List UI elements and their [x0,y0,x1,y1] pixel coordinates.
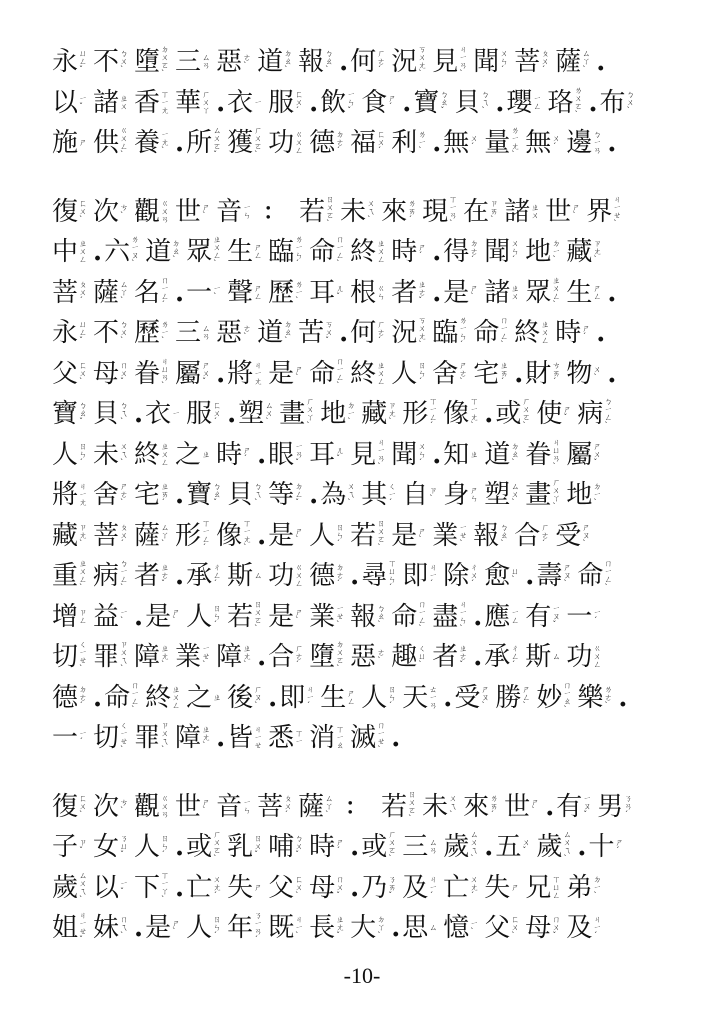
annotated-character: 華ㄏㄨㄚ [175,88,213,118]
annotated-character: 世ㄕˋ [545,197,583,227]
text-line: 藏ㄗㄤˋ菩ㄆㄨˊ薩ㄙㄚˋ形ㄒㄧㄥˊ像ㄒㄧㄤˋ.是ㄕˋ人ㄖㄣˊ若ㄖㄨㄛˋ是ㄕˋ業ㄧ… [52,516,692,557]
zhuyin-annotation: ㄐㄩㄢˋ [552,439,563,471]
annotated-character: 憶ㄧˋ [443,913,481,943]
text-line: 菩ㄆㄨˊ薩ㄙㄚˋ名ㄇㄧㄥˊ.一ㄧˋ聲ㄕㄥ歷ㄌㄧˋ耳ㄦˇ根ㄍㄣ者ㄓㄜˇ.是ㄕˋ諸ㄓ… [52,273,692,314]
annotated-character: 供ㄍㄨㄥˋ [93,127,131,159]
zhuyin-annotation: ㄒㄧㄥˊ [202,520,213,552]
annotated-character: 即ㄐㄧˊ [402,561,440,591]
zhuyin-annotation: ㄨㄟˋ [347,483,358,507]
hanzi: 切 [93,723,119,753]
hanzi: 人 [309,521,335,551]
annotated-character: 障ㄓㄤˋ [134,642,172,672]
annotated-character: 罪ㄗㄨㄟˋ [93,641,131,673]
hanzi: 不 [93,47,119,77]
punctuation: . [339,318,348,348]
zhuyin-annotation: ㄖㄣˊ [418,362,429,386]
annotated-character: 父ㄈㄨˋ [484,913,522,943]
hanzi: 臨 [432,318,458,348]
zhuyin-annotation: ㄌㄧˋ [295,281,306,305]
hanzi: 病 [577,399,603,429]
hanzi: 罪 [93,642,119,672]
hanzi: 未 [422,792,448,822]
hanzi: 世 [504,792,530,822]
hanzi: 終 [350,359,376,389]
punctuation: . [339,47,348,77]
punctuation: . [93,237,102,267]
hanzi: 世 [175,197,201,227]
zhuyin-annotation: ㄇㄧㄥˊ [161,277,172,309]
hanzi: 業 [175,642,201,672]
zhuyin-annotation: ㄌㄧㄣˊ [459,317,470,349]
annotated-character: 承ㄔㄥˊ [484,642,522,672]
annotated-character: 地ㄉㄧˋ [320,399,358,429]
zhuyin-annotation: ㄅㄠˇ [79,402,90,426]
zhuyin-annotation: ㄧˋ [470,920,481,936]
hanzi: 命 [391,602,417,632]
annotated-character: 舍ㄕㄜˋ [432,359,470,389]
zhuyin-annotation: ㄧㄣ [243,204,254,220]
annotated-character: 思ㄙ [402,913,440,943]
zhuyin-annotation: ㄓㄨㄥ [79,240,90,264]
hanzi: 世 [175,792,201,822]
annotated-character: 舍ㄕㄜˋ [93,480,131,510]
zhuyin-annotation: ㄍㄨㄢ [161,795,172,819]
zhuyin-annotation: ㄕㄡˋ [563,564,574,588]
annotated-character: 菩ㄆㄨˊ [52,278,90,308]
annotated-character: 重ㄓㄨㄥˋ [52,560,90,592]
hanzi: 若 [299,197,325,227]
zhuyin-annotation: ㄓㄨㄥˋ [552,277,563,309]
hanzi: 若 [227,602,253,632]
annotated-character: 道ㄉㄠˋ [484,440,522,470]
hanzi: 耳 [309,440,335,470]
hanzi: 中 [52,237,78,267]
annotated-character: 斯ㄙ [227,561,265,591]
hanzi: 功 [268,561,294,591]
zhuyin-annotation: ㄉㄜˊ [470,240,481,264]
punctuation: . [175,873,184,903]
zhuyin-annotation: ㄏㄨㄚˋ [552,479,563,511]
zhuyin-annotation: ㄧㄝˋ [459,524,470,548]
annotated-character: 名ㄇㄧㄥˊ [134,277,172,309]
zhuyin-annotation: ㄙㄚˋ [120,281,131,305]
annotated-character: 藏ㄗㄤˋ [52,521,90,551]
punctuation: . [596,318,605,348]
zhuyin-annotation: ㄆㄨˊ [284,795,295,819]
hanzi: 人 [186,913,212,943]
hanzi: 像 [216,521,242,551]
annotated-character: 是ㄕˋ [391,521,429,551]
annotated-character: 現ㄒㄧㄢˋ [422,196,460,228]
zhuyin-annotation: ㄌㄨㄛˋ [574,87,585,119]
annotated-character: 父ㄈㄨˋ [52,359,90,389]
hanzi: 養 [134,128,160,158]
hanzi: 是 [268,521,294,551]
zhuyin-annotation: ㄇㄨˇ [336,876,347,900]
annotated-character: 菩ㄆㄨˊ [514,47,552,77]
hanzi: 來 [463,792,489,822]
zhuyin-annotation: ㄕㄥˋ [522,686,533,710]
annotated-character: 衣ㄧ [227,88,265,118]
zhuyin-annotation: ㄍㄨㄥˋ [120,127,131,159]
annotated-character: 地ㄉㄧˋ [525,237,563,267]
zhuyin-annotation: ㄓㄤˋ [161,645,172,669]
zhuyin-annotation: ㄑㄧㄝˋ [120,722,131,754]
zhuyin-annotation: ㄗㄨㄟˋ [161,722,172,754]
annotated-character: 業ㄧㄝˋ [309,602,347,632]
annotated-character: 終ㄓㄨㄥ [350,237,388,267]
annotated-character: 人ㄖㄣˊ [186,602,224,632]
annotated-character: 者ㄓㄜˇ [134,561,172,591]
hanzi: 十 [588,832,614,862]
annotated-character: 切ㄑㄧㄝˋ [93,722,131,754]
zhuyin-annotation: ㄉㄨㄛˋ [161,46,172,78]
text-line: 人ㄖㄣˊ未ㄨㄟˋ終ㄓㄨㄥ之ㄓ時ㄕˊ.眼ㄧㄢˇ耳ㄦˇ見ㄐㄧㄢˋ聞ㄨㄣˊ.知ㄓ道ㄉㄠ… [52,435,692,476]
hanzi: 哺 [268,832,294,862]
zhuyin-annotation: ㄗㄥ [79,609,90,625]
zhuyin-annotation: ㄏㄜˊ [295,645,306,669]
zhuyin-annotation: ㄒㄧ [295,730,306,746]
annotated-character: 受ㄕㄡˋ [454,683,492,713]
text-line: 姐ㄐㄧㄝˇ妹ㄇㄟˋ.是ㄕˋ人ㄖㄣˊ年ㄋㄧㄢˊ既ㄐㄧˋ長ㄓㄤˇ大ㄉㄚˋ.思ㄙ憶ㄧˋ… [52,908,692,949]
annotated-character: 瓔ㄧㄥ [506,88,544,118]
annotated-character: 得ㄉㄜˊ [443,237,481,267]
hanzi: 地 [525,237,551,267]
hanzi: 像 [443,399,469,429]
punctuation: . [350,832,359,862]
zhuyin-annotation: ㄨˊ [470,135,481,151]
hanzi: 復 [52,197,78,227]
annotated-character: 德ㄉㄜˊ [52,683,90,713]
zhuyin-annotation: ㄕㄣ [470,487,481,503]
zhuyin-annotation: ㄖㄣˊ [213,605,224,629]
annotated-character: 德ㄉㄜˊ [309,128,347,158]
annotated-character: 菩ㄆㄨˊ [257,792,295,822]
annotated-character: 諸ㄓㄨ [504,197,542,227]
hanzi: 屬 [175,359,201,389]
punctuation: . [257,642,266,672]
annotated-character: 以ㄧˇ [93,873,131,903]
zhuyin-annotation: ㄓㄤˋ [243,645,254,669]
text-line: 施ㄕ供ㄍㄨㄥˋ養ㄧㄤˋ.所ㄙㄨㄛˇ獲ㄏㄨㄛˋ功ㄍㄨㄥ德ㄉㄜˊ福ㄈㄨˊ利ㄌㄧˋ.無… [52,123,692,164]
annotated-character: 或ㄏㄨㄛˋ [361,831,399,863]
annotated-character: 是ㄕˋ [145,913,183,943]
annotated-character: 乃ㄋㄞˇ [361,873,399,903]
hanzi: 即 [402,561,428,591]
annotated-character: 若ㄖㄨㄛˋ [381,791,419,823]
zhuyin-annotation: ㄕㄜˋ [120,483,131,507]
annotated-character: 中ㄓㄨㄥ [52,237,90,267]
annotated-character: 將ㄐㄧㄤ [52,480,90,510]
annotated-character: 兄ㄒㄩㄥ [525,873,563,903]
zhuyin-annotation: ㄒㄧㄠ [336,726,347,750]
annotated-character: 眾ㄓㄨㄥˋ [186,236,224,268]
annotated-character: 長ㄓㄤˇ [309,913,347,943]
annotated-character: 報ㄅㄠˋ [473,521,511,551]
hanzi: 寶 [52,399,78,429]
hanzi: 耳 [309,278,335,308]
zhuyin-annotation: ㄔㄨˊ [470,564,481,588]
hanzi: 菩 [514,47,540,77]
zhuyin-annotation: ㄕˋ [172,920,183,936]
zhuyin-annotation: ㄅㄠˋ [377,605,388,629]
hanzi: 眷 [525,440,551,470]
annotated-character: 永ㄩㄥˇ [52,47,90,77]
zhuyin-annotation: ㄐㄧㄣˋ [459,601,470,633]
annotated-character: 生ㄕㄥ [566,278,604,308]
annotated-character: 有ㄧㄡˇ [525,602,563,632]
zhuyin-annotation: ㄙㄨㄟˋ [563,831,574,863]
zhuyin-annotation: ㄅㄠˋ [325,50,336,74]
hanzi: 眾 [186,237,212,267]
annotated-character: 終ㄓㄨㄥ [134,440,172,470]
zhuyin-annotation: ㄖㄣˊ [161,835,172,859]
annotated-character: 地ㄉㄧˋ [566,480,604,510]
zhuyin-annotation: ㄓㄨㄥ [161,443,172,467]
punctuation: . [545,792,554,822]
hanzi: 滅 [350,723,376,753]
zhuyin-annotation: ㄈㄨˊ [213,402,224,426]
zhuyin-annotation: ㄙ [552,653,563,661]
hanzi: 人 [52,440,78,470]
hanzi: 宅 [134,480,160,510]
zhuyin-annotation: ㄓㄨㄥˋ [213,236,224,268]
zhuyin-annotation: ㄧ [254,99,265,107]
zhuyin-annotation: ㄕㄥ [254,244,265,260]
hanzi: 眼 [268,440,294,470]
zhuyin-annotation: ㄉㄧˋ [593,483,604,507]
hanzi: 天 [402,683,428,713]
hanzi: 一 [566,602,592,632]
punctuation: . [216,359,225,389]
hanzi: 報 [473,521,499,551]
hanzi: 觀 [134,197,160,227]
annotated-character: 耳ㄦˇ [309,278,347,308]
hanzi: 既 [268,913,294,943]
annotated-character: 觀ㄍㄨㄢ [134,197,172,227]
hanzi: 終 [350,237,376,267]
annotated-character: 諸ㄓㄨ [484,278,522,308]
punctuation: . [484,399,493,429]
zhuyin-annotation: ㄉㄚˋ [377,916,388,940]
hanzi: 歷 [268,278,294,308]
annotated-character: 藏ㄗㄤˋ [566,237,604,267]
hanzi: 未 [93,440,119,470]
zhuyin-annotation: ㄏㄜˊ [377,50,388,74]
hanzi: 苦 [298,318,324,348]
hanzi: 眷 [134,359,160,389]
punctuation: . [175,561,184,591]
zhuyin-annotation: ㄒㄧㄤ [161,91,172,115]
text-line: 復ㄈㄨˋ次ㄘˋ觀ㄍㄨㄢ世ㄕˋ音ㄧㄣ：若ㄖㄨㄛˋ未ㄨㄟˋ來ㄌㄞˊ現ㄒㄧㄢˋ在ㄗㄞˋ… [52,192,692,233]
annotated-character: 妙ㄇㄧㄠˋ [536,682,574,714]
hanzi: 道 [257,47,283,77]
annotated-character: 貝ㄅㄟˋ [227,480,265,510]
zhuyin-annotation: ㄈㄨˋ [79,362,90,386]
hanzi: 諸 [504,197,530,227]
annotated-character: 形ㄒㄧㄥˊ [402,398,440,430]
zhuyin-annotation: ㄘˋ [120,204,131,220]
text-line: 以ㄧˇ諸ㄓㄨ香ㄒㄧㄤ華ㄏㄨㄚ.衣ㄧ服ㄈㄨˊ.飲ㄧㄣˇ食ㄕˊ.寶ㄅㄠˇ貝ㄅㄟˋ.瓔… [52,83,692,124]
hanzi: 病 [93,561,119,591]
zhuyin-annotation: ㄓㄨ [511,285,522,301]
zhuyin-annotation: ㄍㄨㄥ [295,131,306,155]
hanzi: 以 [93,873,119,903]
annotated-character: 苦ㄎㄨˇ [298,318,336,348]
punctuation: . [257,440,266,470]
zhuyin-annotation: ㄌㄞˊ [490,795,501,819]
zhuyin-annotation: ㄧˇ [120,880,131,896]
hanzi: 女 [93,832,119,862]
annotated-character: 薩ㄙㄚˋ [134,521,172,551]
hanzi: 終 [514,318,540,348]
hanzi: 障 [175,723,201,753]
punctuation: . [432,278,441,308]
annotated-character: 之ㄓ [175,440,213,470]
zhuyin-annotation: ㄒㄧㄤˋ [243,520,254,552]
zhuyin-annotation: ㄙ [254,572,265,580]
annotated-character: 是ㄕˋ [443,278,481,308]
hanzi: 生 [566,278,592,308]
annotated-character: 形ㄒㄧㄥˊ [175,520,213,552]
annotated-character: 來ㄌㄞˊ [463,792,501,822]
zhuyin-annotation: ㄑㄧㄝˋ [79,641,90,673]
zhuyin-annotation: ㄖㄣˊ [213,916,224,940]
annotated-character: 業ㄧㄝˋ [432,521,470,551]
hanzi: 即 [279,683,305,713]
punctuation: . [484,832,493,862]
annotated-character: 見ㄐㄧㄢˋ [350,439,388,471]
punctuation: . [134,602,143,632]
zhuyin-annotation: ㄩㄥˇ [79,50,90,74]
punctuation: . [134,913,143,943]
hanzi: 觀 [134,792,160,822]
text-line: 中ㄓㄨㄥ.六ㄌㄧㄡˋ道ㄉㄠˋ眾ㄓㄨㄥˋ生ㄕㄥ臨ㄌㄧㄣˊ命ㄇㄧㄥˋ終ㄓㄨㄥ時ㄕˊ.… [52,232,692,273]
zhuyin-annotation: ㄐㄧˊ [429,876,440,900]
zhuyin-annotation: ㄋㄢˊ [624,795,635,819]
hanzi: 墮 [309,642,335,672]
annotated-character: 人ㄖㄣˊ [391,359,429,389]
hanzi: 若 [381,792,407,822]
annotated-character: 或ㄏㄨㄛˋ [186,831,224,863]
annotated-character: 道ㄉㄠˋ [257,318,295,348]
zhuyin-annotation: ㄇㄨˇ [552,916,563,940]
zhuyin-annotation: ㄙㄨㄟˋ [470,831,481,863]
hanzi: 道 [145,237,171,267]
hanzi: 時 [216,440,242,470]
hanzi: 障 [216,642,242,672]
annotated-character: 為ㄨㄟˋ [320,480,358,510]
annotated-character: 報ㄅㄠˋ [298,47,336,77]
hanzi: 終 [145,683,171,713]
annotated-character: 樂ㄌㄜˋ [577,683,615,713]
zhuyin-annotation: ㄖㄨㄛˋ [377,520,388,552]
zhuyin-annotation: ㄌㄧㄤˋ [511,127,522,159]
annotated-character: 益ㄧˋ [93,602,131,632]
annotated-character: 道ㄉㄠˋ [145,237,183,267]
punctuation: . [175,278,184,308]
zhuyin-annotation: ㄋㄩˇ [120,835,131,859]
annotated-character: 所ㄙㄨㄛˇ [186,127,224,159]
hanzi: 受 [555,521,581,551]
annotated-character: 是ㄕˋ [268,521,306,551]
annotated-character: 何ㄏㄜˊ [350,47,388,77]
hanzi: 時 [309,832,335,862]
annotated-character: 天ㄊㄧㄢ [402,683,440,713]
zhuyin-annotation: ㄕˋ [470,285,481,301]
annotated-character: 父ㄈㄨˋ [268,873,306,903]
zhuyin-annotation: ㄐㄧˊ [593,916,604,940]
hanzi: 報 [350,602,376,632]
zhuyin-annotation: ㄉㄧˋ [552,240,563,264]
annotated-character: 眾ㄓㄨㄥˋ [525,277,563,309]
annotated-character: 耳ㄦˇ [309,440,347,470]
annotated-character: 畫ㄏㄨㄚˋ [525,479,563,511]
zhuyin-annotation: ㄧㄥ [511,609,522,625]
hanzi: 藏 [566,237,592,267]
hanzi: 使 [536,399,562,429]
hanzi: 根 [350,278,376,308]
zhuyin-annotation: ㄧㄡˇ [583,795,594,819]
hanzi: 及 [402,873,428,903]
zhuyin-annotation: ㄕ [79,139,90,147]
zhuyin-annotation: ㄅㄨˋ [120,50,131,74]
punctuation: . [391,913,400,943]
hanzi: 德 [309,128,335,158]
annotated-character: 食ㄕˊ [361,88,399,118]
hanzi: 乳 [227,832,253,862]
hanzi: 供 [93,128,119,158]
annotated-character: 是ㄕˋ [145,602,183,632]
zhuyin-annotation: ㄍㄨㄥ [593,645,604,669]
paragraph: 復ㄈㄨˋ次ㄘˋ觀ㄍㄨㄢ世ㄕˋ音ㄧㄣ菩ㄆㄨˊ薩ㄙㄚˋ：若ㄖㄨㄛˋ未ㄨㄟˋ來ㄌㄞˊ世… [52,787,692,949]
paragraph: 永ㄩㄥˇ不ㄅㄨˋ墮ㄉㄨㄛˋ三ㄙㄢ惡ㄜˋ道ㄉㄠˋ報ㄅㄠˋ.何ㄏㄜˊ況ㄎㄨㄤˋ見ㄐㄧ… [52,42,692,164]
text-line: 寶ㄅㄠˇ貝ㄅㄟˋ.衣ㄧ服ㄈㄨˊ.塑ㄙㄨˋ畫ㄏㄨㄚˋ地ㄉㄧˋ藏ㄗㄤˋ形ㄒㄧㄥˊ像ㄒ… [52,394,692,435]
annotated-character: 姐ㄐㄧㄝˇ [52,912,90,944]
hanzi: 世 [545,197,571,227]
hanzi: 音 [216,792,242,822]
hanzi: 永 [52,318,78,348]
zhuyin-annotation: ㄓㄨㄥ [541,321,552,345]
annotated-character: 切ㄑㄧㄝˋ [52,641,90,673]
hanzi: 以 [52,88,78,118]
annotated-character: 罪ㄗㄨㄟˋ [134,722,172,754]
hanzi: 人 [134,832,160,862]
hanzi: 是 [391,521,417,551]
zhuyin-annotation: ㄖㄨㄛˋ [254,601,265,633]
hanzi: 利 [391,128,417,158]
hanzi: 六 [104,237,130,267]
zhuyin-annotation: ㄕˋ [531,799,542,815]
punctuation: . [607,278,616,308]
punctuation: . [607,359,616,389]
zhuyin-annotation: ㄙㄨㄟˋ [79,872,90,904]
zhuyin-annotation: ㄒㄩㄣˊ [388,560,399,592]
punctuation: . [216,88,225,118]
zhuyin-annotation: ㄏㄨㄛˋ [388,831,399,863]
hanzi: 亡 [443,873,469,903]
zhuyin-annotation: ㄨˋ [593,366,604,382]
hanzi: 大 [350,913,376,943]
hanzi: 見 [432,47,458,77]
annotated-character: 悉ㄒㄧ [268,723,306,753]
hanzi: 宅 [473,359,499,389]
hanzi: 畫 [279,399,305,429]
zhuyin-annotation: ㄕˋ [172,609,183,625]
annotated-character: 功ㄍㄨㄥ [566,642,604,672]
annotated-character: 服ㄈㄨˊ [186,399,224,429]
zhuyin-annotation: ㄊㄧㄢ [429,686,440,710]
